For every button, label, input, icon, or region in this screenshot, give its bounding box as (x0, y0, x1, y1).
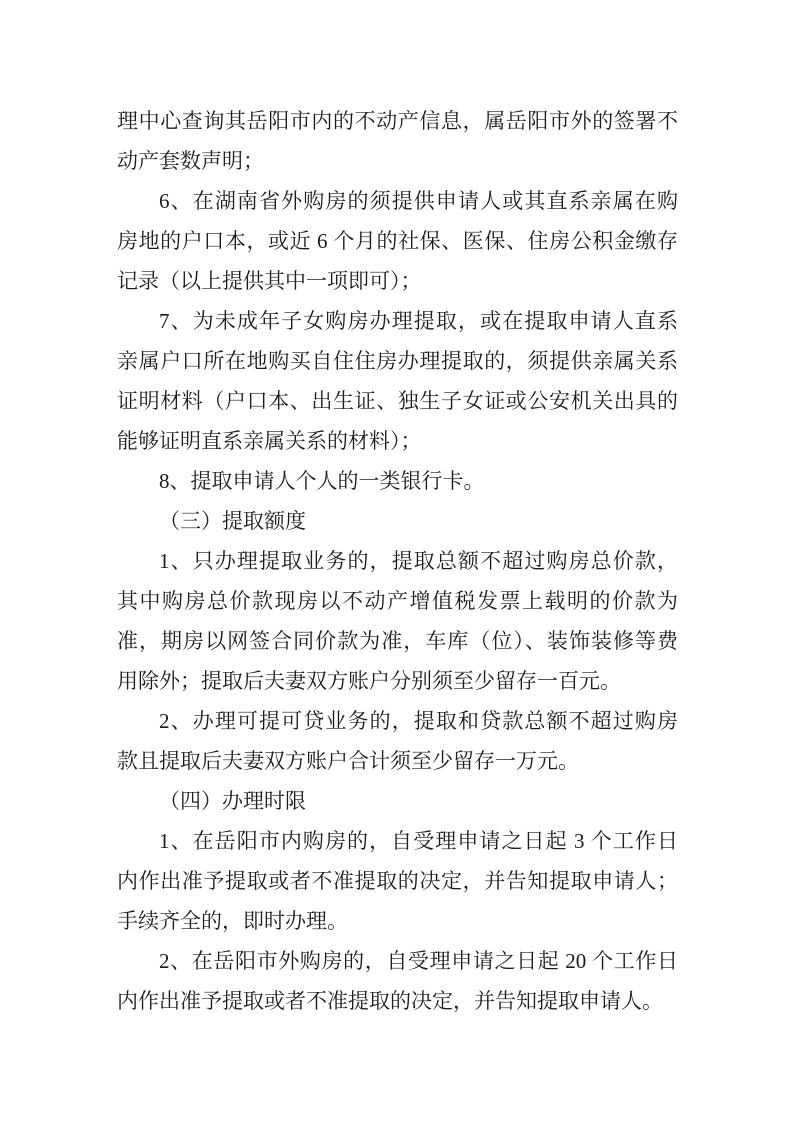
text-line: 手续齐全的，即时办理。 (117, 901, 678, 941)
text-line: 2、办理可提可贷业务的，提取和贷款总额不超过购房 (117, 701, 678, 741)
text-line: 7、为未成年子女购房办理提取，或在提取申请人直系 (117, 301, 678, 341)
document-page: 理中心查询其岳阳市内的不动产信息，属岳阳市外的签署不动产套数声明；6、在湖南省外… (117, 101, 678, 1021)
text-line: 款且提取后夫妻双方账户合计须至少留存一万元。 (117, 741, 678, 781)
text-line: 1、在岳阳市内购房的，自受理申请之日起 3 个工作日 (117, 821, 678, 861)
text-line: 记录（以上提供其中一项即可）； (117, 261, 678, 301)
text-line: 证明材料（户口本、出生证、独生子女证或公安机关出具的 (117, 381, 678, 421)
text-line: 6、在湖南省外购房的须提供申请人或其直系亲属在购 (117, 181, 678, 221)
text-line: 1、只办理提取业务的，提取总额不超过购房总价款， (117, 541, 678, 581)
text-line: （四）办理时限 (117, 781, 678, 821)
text-line: 其中购房总价款现房以不动产增值税发票上载明的价款为 (117, 581, 678, 621)
text-line: 理中心查询其岳阳市内的不动产信息，属岳阳市外的签署不 (117, 101, 678, 141)
text-line: 动产套数声明； (117, 141, 678, 181)
text-line: 亲属户口所在地购买自住住房办理提取的，须提供亲属关系 (117, 341, 678, 381)
text-line: 准，期房以网签合同价款为准，车库（位）、装饰装修等费 (117, 621, 678, 661)
text-line: （三）提取额度 (117, 501, 678, 541)
text-line: 8、提取申请人个人的一类银行卡。 (117, 461, 678, 501)
text-line: 用除外；提取后夫妻双方账户分别须至少留存一百元。 (117, 661, 678, 701)
text-line: 内作出准予提取或者不准提取的决定，并告知提取申请人； (117, 861, 678, 901)
text-line: 房地的户口本，或近 6 个月的社保、医保、住房公积金缴存 (117, 221, 678, 261)
text-line: 2、在岳阳市外购房的，自受理申请之日起 20 个工作日 (117, 941, 678, 981)
text-line: 能够证明直系亲属关系的材料）； (117, 421, 678, 461)
text-line: 内作出准予提取或者不准提取的决定，并告知提取申请人。 (117, 981, 678, 1021)
